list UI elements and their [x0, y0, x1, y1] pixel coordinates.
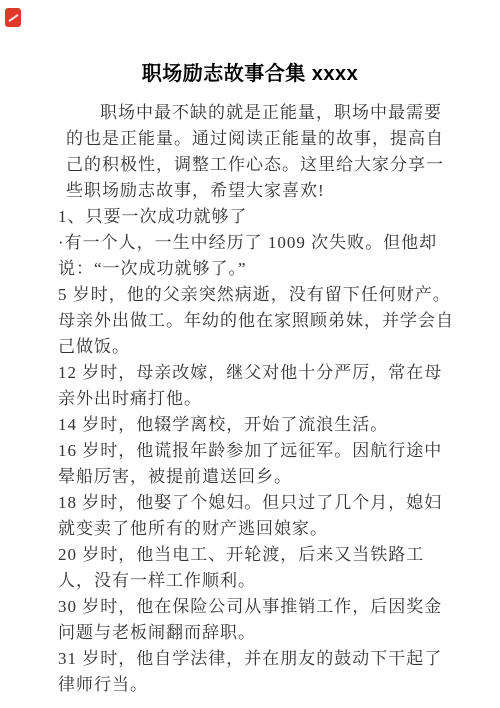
paragraph-bullet: ·有一个人，一生中经历了 1009 次失败。但他却说：“一次成功就够了。”	[58, 230, 456, 282]
document-body: 职场中最不缺的就是正能量，职场中最需要的也是正能量。通过阅读正能量的故事，提高自…	[58, 100, 456, 698]
paragraph-plain: 5 岁时，他的父亲突然病逝，没有留下任何财产。母亲外出做工。年幼的他在家照顾弟妹…	[58, 282, 456, 360]
paragraph-intro: 职场中最不缺的就是正能量，职场中最需要的也是正能量。通过阅读正能量的故事，提高自…	[66, 100, 456, 204]
red-logo-icon	[5, 8, 21, 27]
document-page: 职场励志故事合集 xxxx 职场中最不缺的就是正能量，职场中最需要的也是正能量。…	[0, 0, 500, 708]
paragraph-plain: 20 岁时，他当电工、开轮渡，后来又当铁路工人，没有一样工作顺利。	[58, 542, 456, 594]
paragraph-plain: 30 岁时，他在保险公司从事推销工作，后因奖金问题与老板闹翻而辞职。	[58, 594, 456, 646]
paragraph-plain: 18 岁时，他娶了个媳妇。但只过了几个月，媳妇就变卖了他所有的财产逃回娘家。	[58, 490, 456, 542]
paragraph-heading: 1、只要一次成功就够了	[58, 204, 456, 230]
paragraph-plain: 14 岁时，他辍学离校，开始了流浪生活。	[58, 412, 456, 438]
paragraph-plain: 16 岁时，他谎报年龄参加了远征军。因航行途中晕船厉害，被提前遣送回乡。	[58, 438, 456, 490]
paragraph-plain: 31 岁时，他自学法律，并在朋友的鼓动下干起了律师行当。	[58, 646, 456, 698]
paragraph-plain: 12 岁时，母亲改嫁，继父对他十分严厉，常在母亲外出时痛打他。	[58, 360, 456, 412]
document-title: 职场励志故事合集 xxxx	[0, 0, 500, 88]
